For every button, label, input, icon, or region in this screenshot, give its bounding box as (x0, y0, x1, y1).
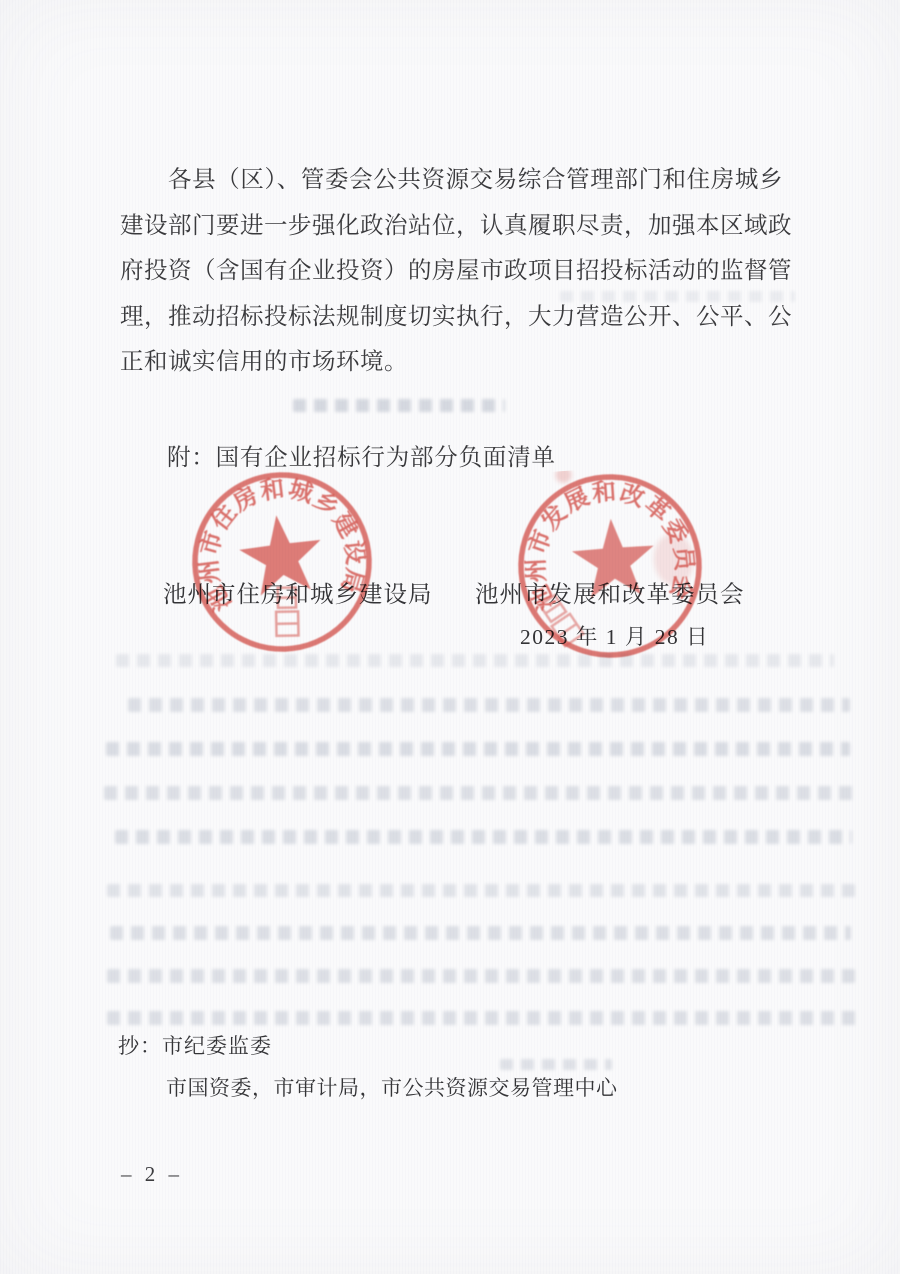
paragraph-line: 府投资（含国有企业投资）的房屋市政项目招投标活动的监督管 (120, 249, 783, 295)
showthrough-line (293, 399, 505, 412)
showthrough-line (115, 830, 852, 844)
showthrough-line (560, 291, 795, 302)
seal-bottom-mark (538, 594, 583, 646)
showthrough-line (107, 884, 855, 897)
cc-line-2: 市国资委，市审计局，市公共资源交易管理中心 (166, 1072, 618, 1102)
showthrough-line (128, 698, 850, 712)
seal-ink-smudge (555, 466, 572, 483)
seal-star-icon (570, 516, 657, 599)
showthrough-line (500, 1059, 612, 1070)
paragraph-line: 正和诚实信用的市场环境。 (120, 340, 783, 386)
cc-line-1: 抄：市纪委监委 (118, 1030, 272, 1060)
page-number: – 2 – (121, 1162, 183, 1187)
seal-left: 池州市住房和城乡建设局 (175, 455, 389, 669)
scanned-document-page: 各县（区）、管委会公共资源交易综合管理部门和住房城乡 建设部门要进一步强化政治站… (0, 0, 900, 1274)
body-paragraph: 各县（区）、管委会公共资源交易综合管理部门和住房城乡 建设部门要进一步强化政治站… (120, 158, 783, 386)
showthrough-line (106, 742, 850, 756)
showthrough-line (107, 1011, 858, 1025)
seal-right: 池州市发展和改革委员会 (505, 461, 714, 670)
seal-bottom-mark (276, 587, 299, 635)
paragraph-line: 各县（区）、管委会公共资源交易综合管理部门和住房城乡 (120, 158, 783, 204)
showthrough-line (110, 926, 851, 940)
seal-star-icon (236, 510, 327, 597)
showthrough-line (104, 786, 854, 800)
paragraph-line: 建设部门要进一步强化政治站位，认真履职尽责，加强本区域政 (120, 204, 783, 250)
showthrough-line (107, 969, 855, 983)
